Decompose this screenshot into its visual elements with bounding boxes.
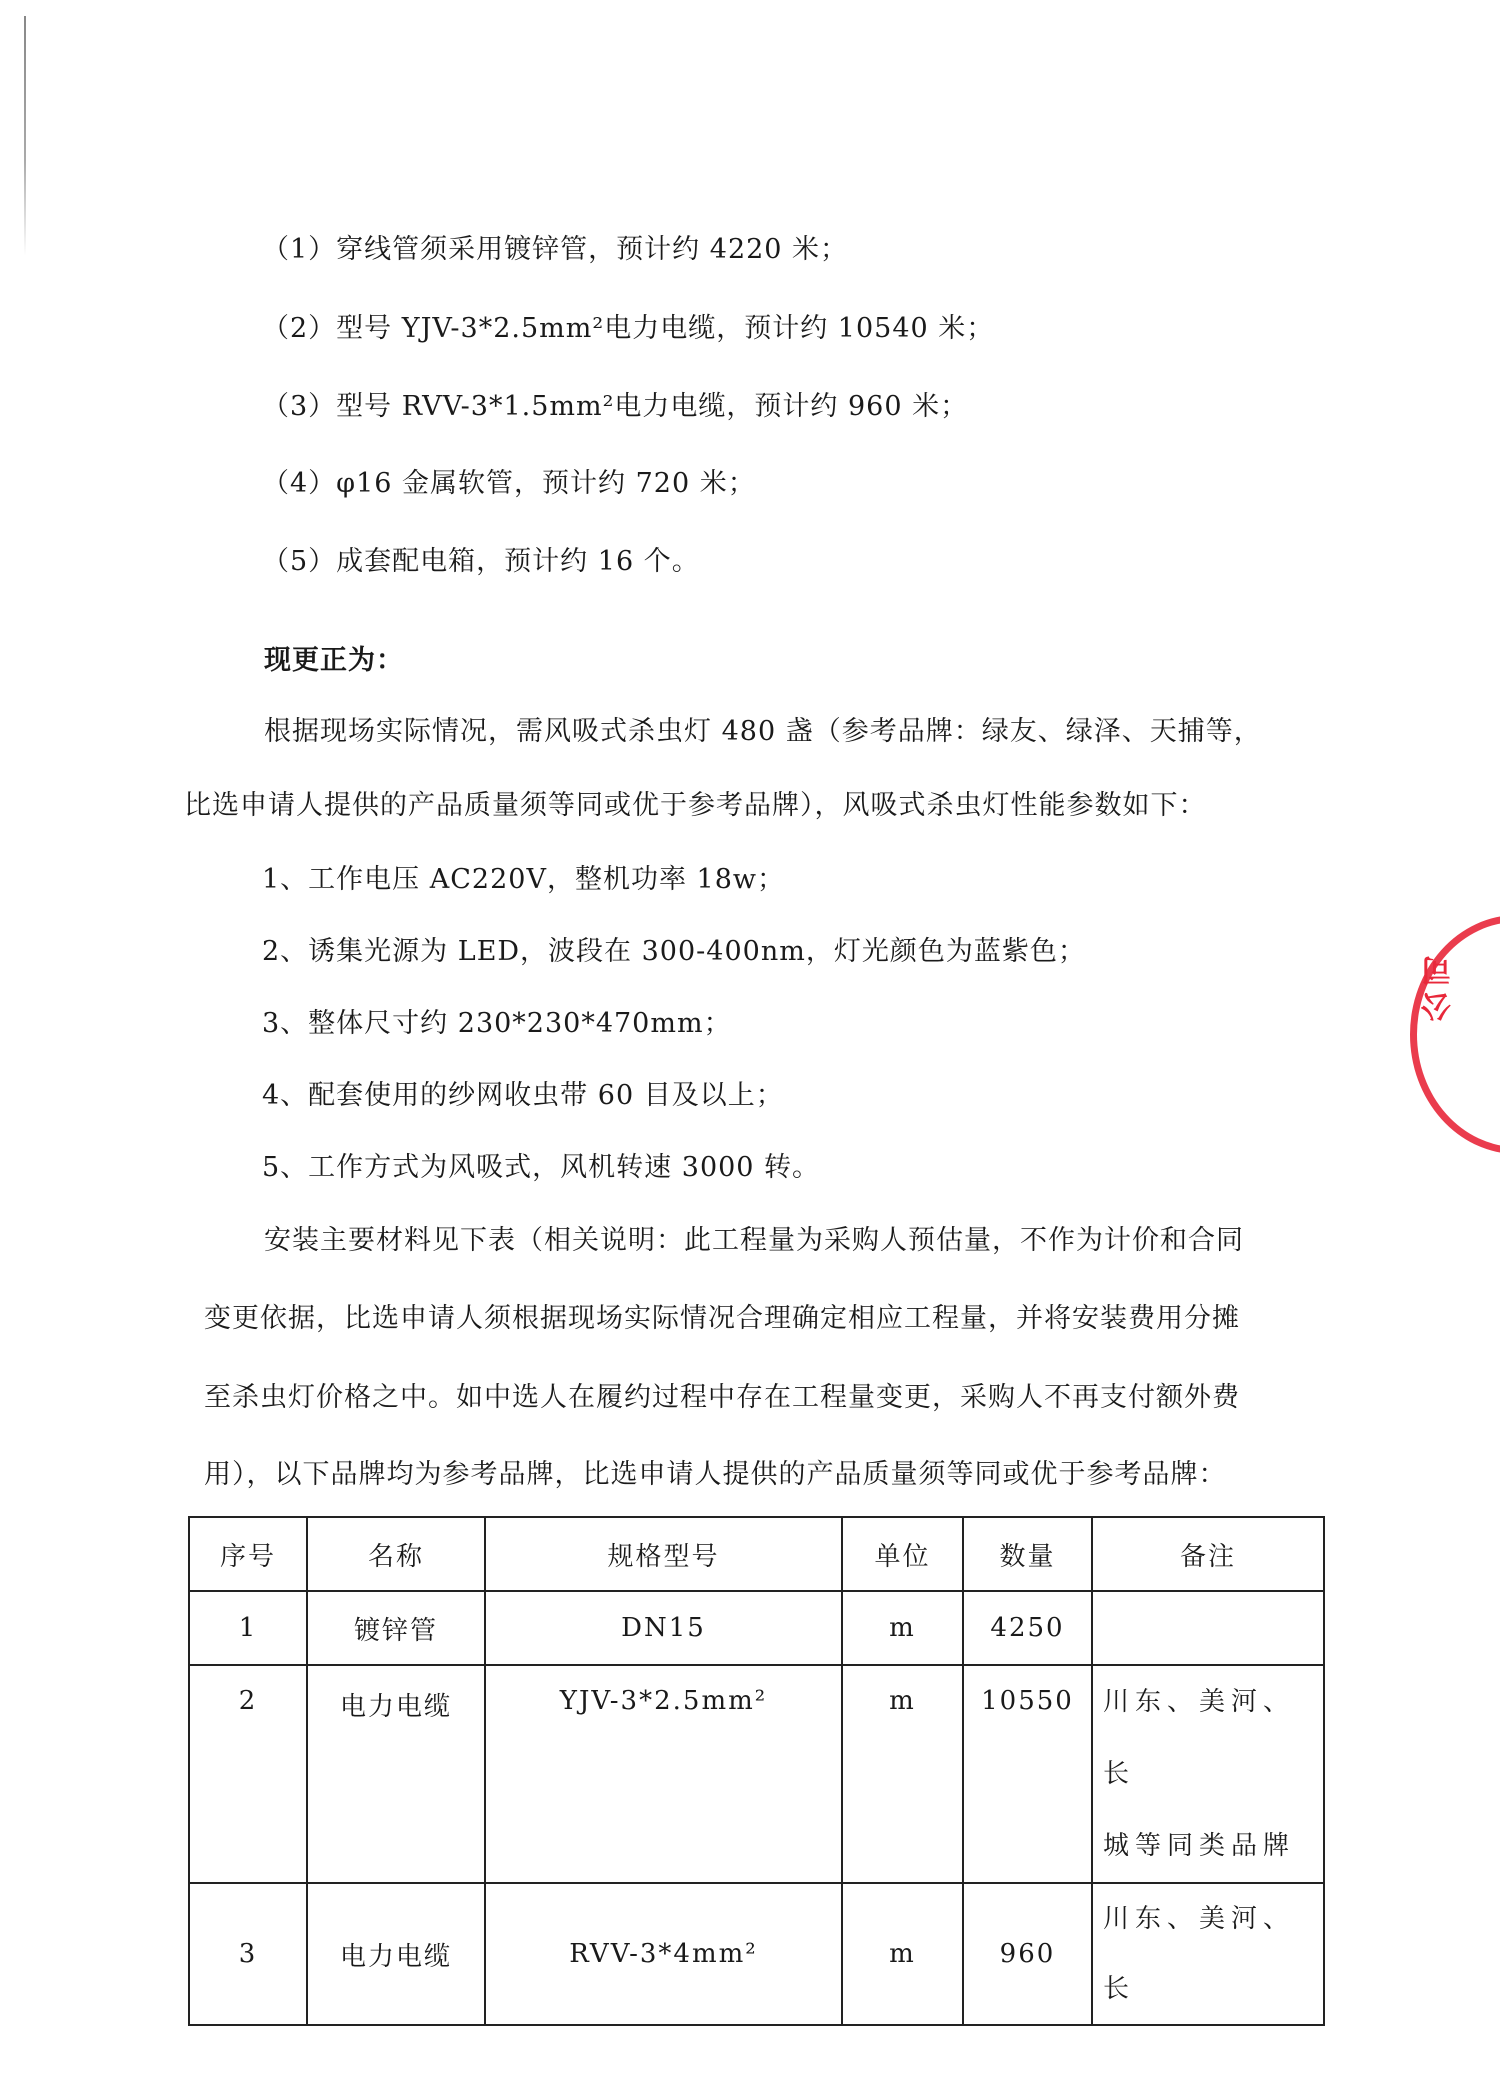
cell-qty: 4250 <box>963 1591 1092 1665</box>
intro-line-1: 根据现场实际情况，需风吸式杀虫灯 480 盏（参考品牌：绿友、绿泽、天捕等， <box>264 714 1262 750</box>
cell-no: 1 <box>189 1591 307 1665</box>
cell-note: 川东、美河、长 <box>1092 1883 1324 2025</box>
install-note-line-1: 安装主要材料见下表（相关说明：此工程量为采购人预估量，不作为计价和合同 <box>264 1223 1244 1259</box>
cell-spec: RVV-3*4mm² <box>485 1883 842 2025</box>
original-item-1: （1）穿线管须采用镀锌管，预计约 4220 米； <box>262 232 848 268</box>
scan-margin-line <box>24 16 26 256</box>
header-unit: 单位 <box>842 1517 963 1591</box>
note-line-1: 川东、美河、长 <box>1103 1666 1323 1810</box>
spec-1: 1、工作电压 AC220V，整机功率 18w； <box>262 862 785 898</box>
original-item-5: （5）成套配电箱，预计约 16 个。 <box>262 544 700 580</box>
install-note-line-4: 用），以下品牌均为参考品牌，比选申请人提供的产品质量须等同或优于参考品牌： <box>204 1457 1227 1493</box>
cell-unit: m <box>842 1883 963 2025</box>
cell-spec: DN15 <box>485 1591 842 1665</box>
cell-note <box>1092 1591 1324 1665</box>
header-note: 备注 <box>1092 1517 1324 1591</box>
spec-2: 2、诱集光源为 LED，波段在 300-400nm，灯光颜色为蓝紫色； <box>262 934 1086 970</box>
cell-no: 2 <box>189 1665 307 1883</box>
install-note-line-3: 至杀虫灯价格之中。如中选人在履约过程中存在工程量变更，采购人不再支付额外费 <box>204 1380 1240 1416</box>
correction-heading: 现更正为： <box>264 643 404 679</box>
cell-no: 3 <box>189 1883 307 2025</box>
original-item-2: （2）型号 YJV-3*2.5mm²电力电缆，预计约 10540 米； <box>262 311 994 347</box>
company-seal-text: 公司 <box>1418 950 1462 1022</box>
cell-note: 川东、美河、长 城等同类品牌 <box>1092 1665 1324 1883</box>
header-qty: 数量 <box>963 1517 1092 1591</box>
cell-unit: m <box>842 1591 963 1665</box>
header-spec: 规格型号 <box>485 1517 842 1591</box>
intro-line-2: 比选申请人提供的产品质量须等同或优于参考品牌），风吸式杀虫灯性能参数如下： <box>184 788 1207 824</box>
install-note-line-2: 变更依据，比选申请人须根据现场实际情况合理确定相应工程量，并将安装费用分摊 <box>204 1301 1240 1337</box>
spec-3: 3、整体尺寸约 230*230*470mm； <box>262 1006 732 1042</box>
table-row: 3 电力电缆 RVV-3*4mm² m 960 川东、美河、长 <box>189 1883 1324 2025</box>
cell-unit: m <box>842 1665 963 1883</box>
header-no: 序号 <box>189 1517 307 1591</box>
spec-5: 5、工作方式为风吸式，风机转速 3000 转。 <box>262 1150 820 1186</box>
spec-4: 4、配套使用的纱网收虫带 60 目及以上； <box>262 1078 784 1114</box>
original-item-4: （4）φ16 金属软管，预计约 720 米； <box>262 466 756 502</box>
table-header-row: 序号 名称 规格型号 单位 数量 备注 <box>189 1517 1324 1591</box>
original-item-3: （3）型号 RVV-3*1.5mm²电力电缆，预计约 960 米； <box>262 389 968 425</box>
cell-qty: 10550 <box>963 1665 1092 1883</box>
note-line-2: 城等同类品牌 <box>1103 1810 1323 1882</box>
table-row: 1 镀锌管 DN15 m 4250 <box>189 1591 1324 1665</box>
cell-qty: 960 <box>963 1883 1092 2025</box>
cell-name: 电力电缆 <box>307 1665 485 1883</box>
cell-name: 电力电缆 <box>307 1883 485 2025</box>
header-name: 名称 <box>307 1517 485 1591</box>
cell-spec: YJV-3*2.5mm² <box>485 1665 842 1883</box>
cell-name: 镀锌管 <box>307 1591 485 1665</box>
table-row: 2 电力电缆 YJV-3*2.5mm² m 10550 川东、美河、长 城等同类… <box>189 1665 1324 1883</box>
materials-table: 序号 名称 规格型号 单位 数量 备注 1 镀锌管 DN15 m 4250 2 … <box>188 1516 1325 2026</box>
